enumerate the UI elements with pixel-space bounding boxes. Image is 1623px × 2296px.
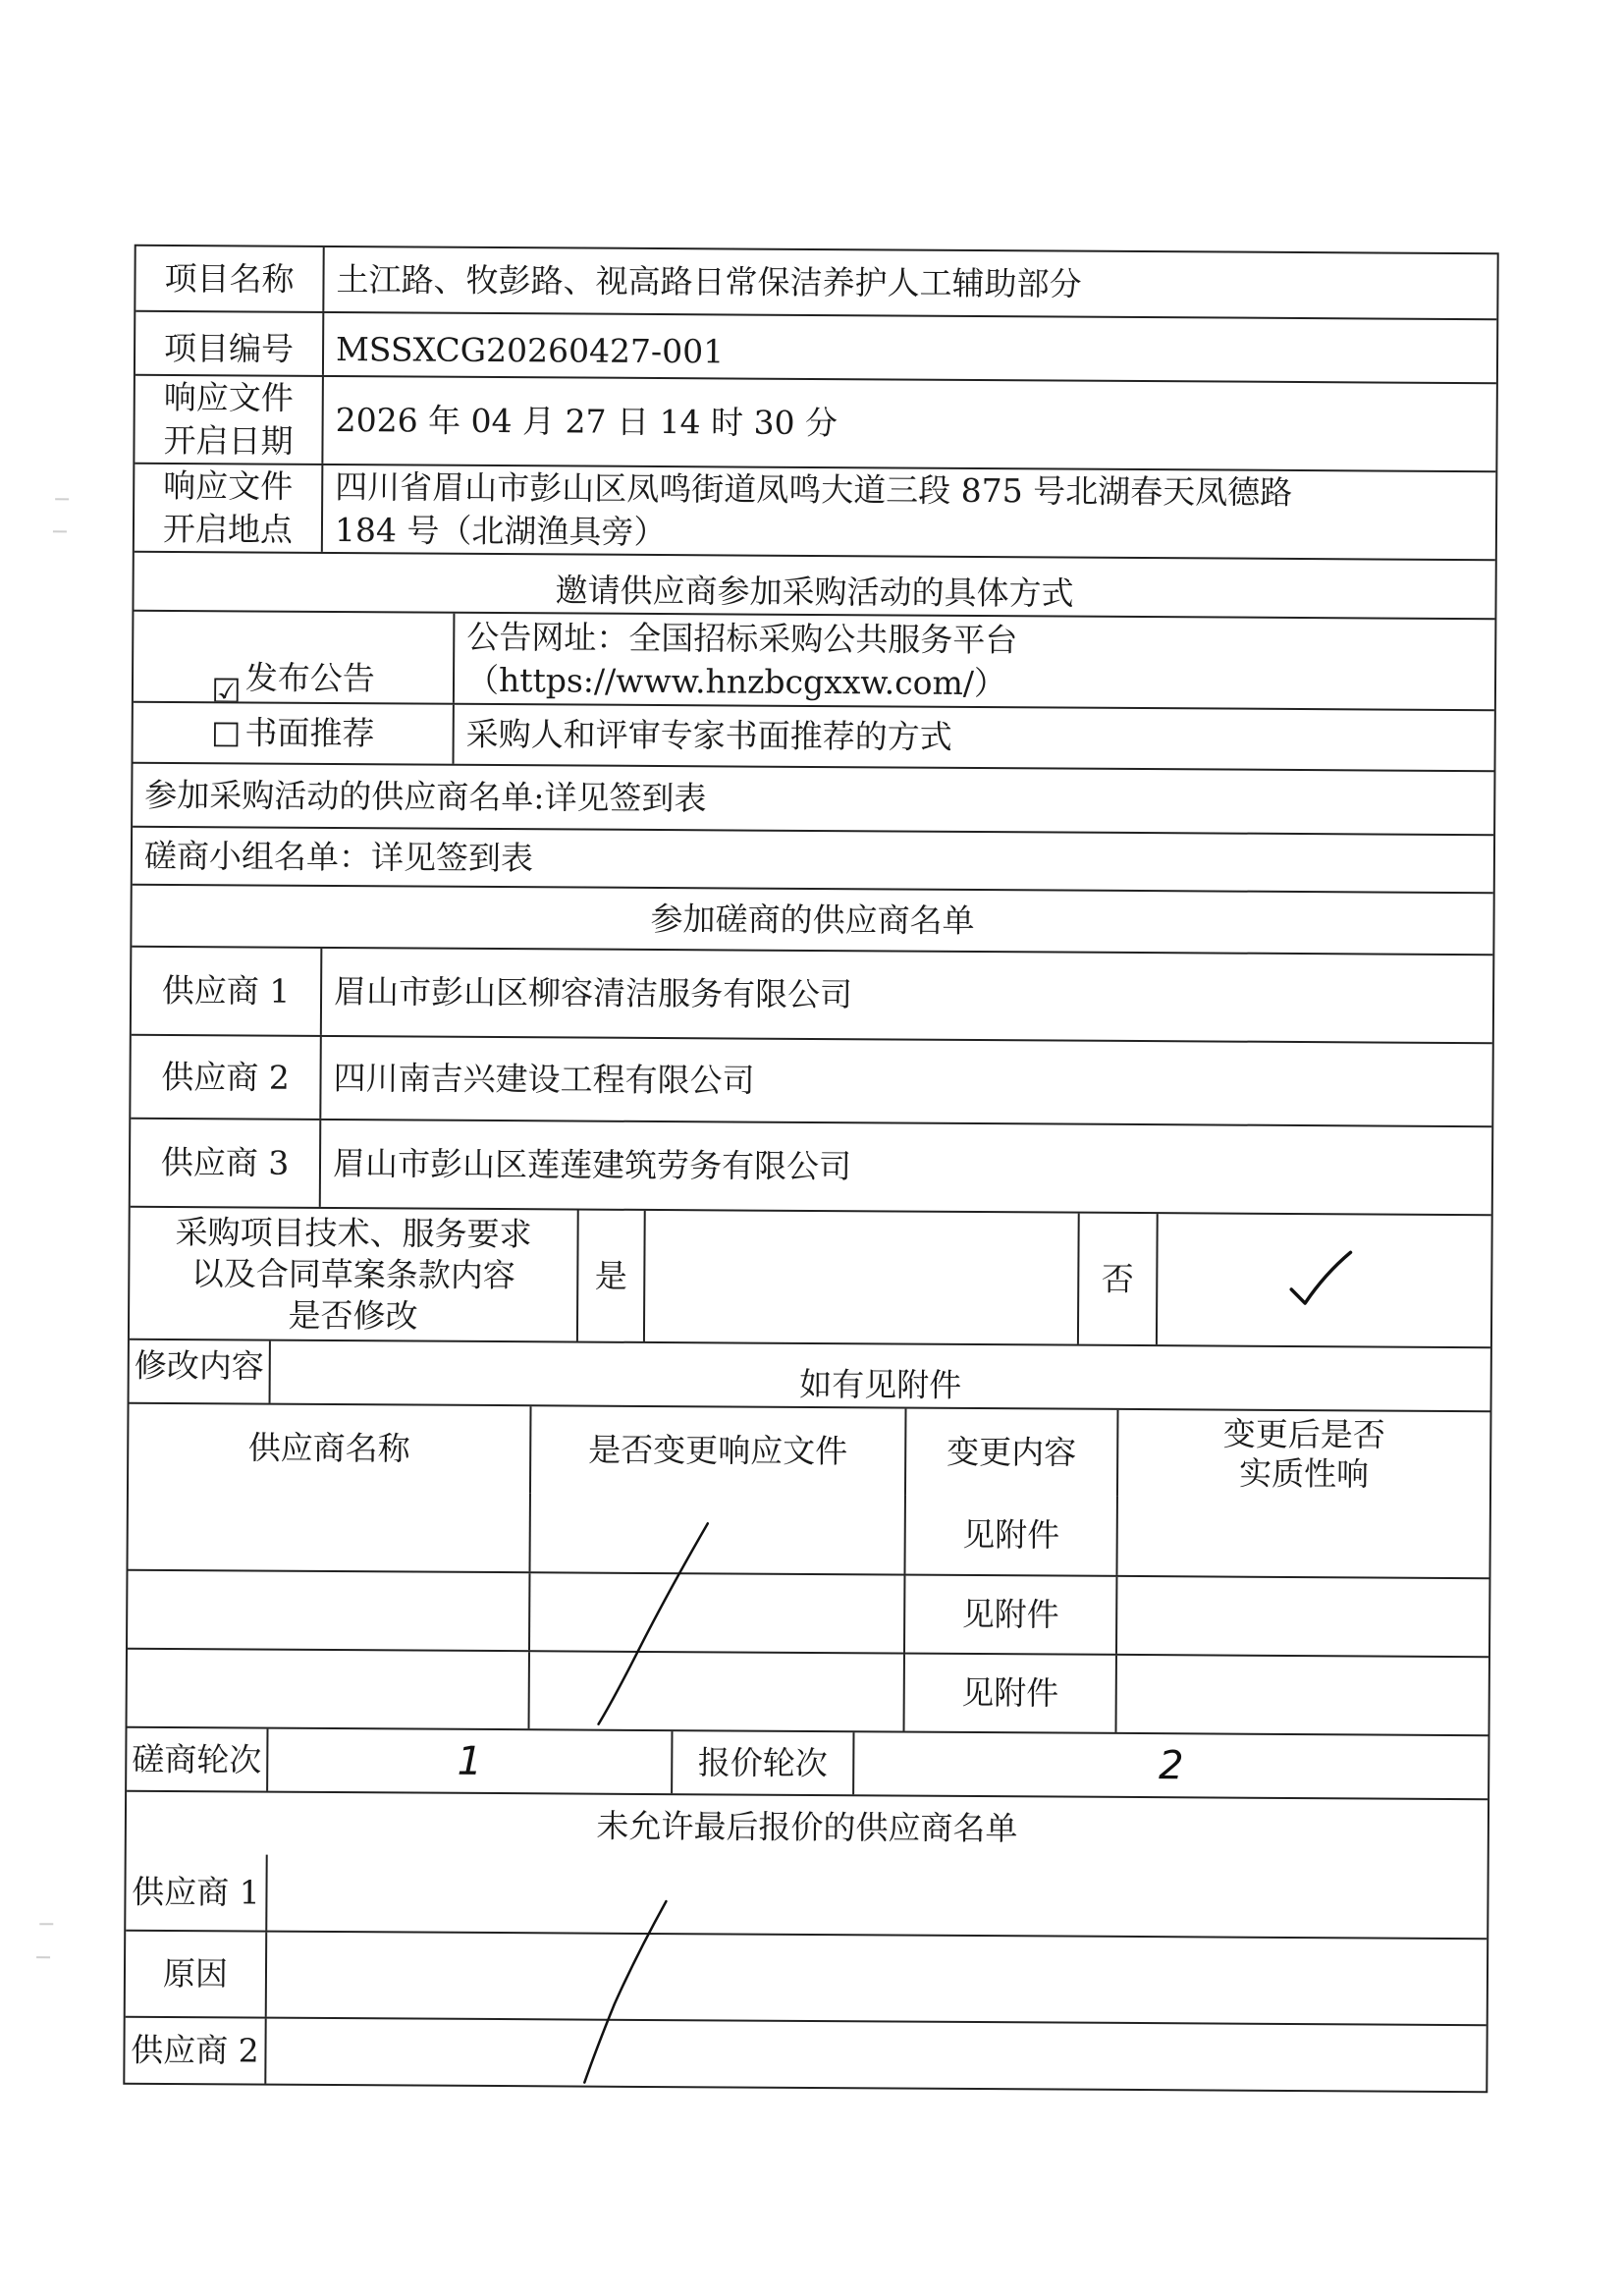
project-name-label: 项目名称: [135, 246, 322, 311]
changes-row: 见附件: [128, 1569, 1488, 1656]
modification-question-line3: 是否修改: [288, 1294, 417, 1337]
negotiation-rounds-label: 磋商轮次: [127, 1728, 266, 1791]
announce-checkbox-checked-icon[interactable]: ☑: [211, 681, 242, 702]
written-label: 书面推荐: [244, 711, 374, 755]
announce-label: 发布公告: [245, 656, 375, 700]
negotiation-supplier-row: 供应商 2 四川南吉兴建设工程有限公司: [131, 1034, 1491, 1125]
row-open-date: 响应文件 开启日期 2026 年 04 月 27 日 14 时 30 分: [135, 374, 1496, 470]
written-checkbox-unchecked-icon[interactable]: ☐: [211, 725, 242, 746]
written-value: 采购人和评审专家书面推荐的方式: [453, 705, 1494, 770]
changes-substantive-cell[interactable]: [1115, 1656, 1488, 1734]
row-invite-header: 邀请供应商参加采购活动的具体方式: [134, 551, 1494, 618]
changes-body: 见附件 见附件 见附件: [128, 1491, 1489, 1734]
row-modification-content: 修改内容 如有见附件: [130, 1339, 1490, 1410]
quote-rounds-value[interactable]: 2: [852, 1732, 1488, 1798]
announce-site-url[interactable]: （https://www.hnzbcgxxw.com/）: [466, 658, 1006, 704]
not-allowed-row: 供应商 2: [125, 2016, 1486, 2091]
written-option[interactable]: ☐ 书面推荐: [134, 703, 453, 764]
row-project-code: 项目编号 MSSXCG20260427-001: [135, 310, 1496, 382]
row-open-place: 响应文件 开启地点 四川省眉山市彭山区凤鸣街道凤鸣大道三段 875 号北湖春天凤…: [135, 463, 1496, 559]
scan-speck: [53, 530, 67, 532]
negotiation-supplier-row: 供应商 1 眉山市彭山区柳容清洁服务有限公司: [132, 946, 1493, 1042]
row-changes-header: 供应商名称 是否变更响应文件 变更内容 变更后是否 实质性响: [129, 1402, 1490, 1499]
group-list-note: 磋商小组名单：详见签到表: [133, 828, 1493, 892]
supplier-name: 眉山市彭山区莲莲建筑劳务有限公司: [319, 1121, 1492, 1214]
open-date-label: 响应文件 开启日期: [135, 376, 322, 464]
modification-content-value: 如有见附件: [269, 1341, 1490, 1411]
not-allowed-row: 原因: [126, 1930, 1488, 2024]
open-place-line1: 四川省眉山市彭山区凤鸣街道凤鸣大道三段 875 号北湖春天凤德路: [335, 465, 1292, 515]
open-place-value: 四川省眉山市彭山区凤鸣街道凤鸣大道三段 875 号北湖春天凤德路 184 号（北…: [321, 465, 1496, 559]
open-place-label-line1: 响应文件: [163, 465, 293, 509]
changes-changed-cell[interactable]: [528, 1573, 903, 1652]
not-allowed-value[interactable]: [265, 1855, 1487, 1939]
row-rounds: 磋商轮次 1 报价轮次 2: [127, 1726, 1488, 1798]
modification-yes-mark[interactable]: [643, 1211, 1078, 1344]
open-place-label: 响应文件 开启地点: [135, 465, 322, 552]
changes-header-substantive-line1: 变更后是否: [1223, 1415, 1385, 1455]
open-date-value: 2026 年 04 月 27 日 14 时 30 分: [321, 377, 1496, 470]
not-allowed-value[interactable]: [265, 1933, 1488, 2025]
supplier-name: 眉山市彭山区柳容清洁服务有限公司: [320, 949, 1493, 1042]
changes-row: 见附件: [128, 1491, 1488, 1577]
changes-content-cell: 见附件: [903, 1496, 1115, 1575]
row-modification-question: 采购项目技术、服务要求 以及合同草案条款内容 是否修改 是 否: [130, 1206, 1491, 1346]
modification-question-line2: 以及合同草案条款内容: [191, 1253, 515, 1296]
not-allowed-value[interactable]: [264, 2019, 1486, 2092]
changes-header-substantive-line2: 实质性响: [1239, 1454, 1369, 1495]
supplier-label: 供应商 3: [131, 1120, 320, 1207]
changes-header-supplier: 供应商名称: [129, 1404, 530, 1493]
row-invite-announce: ☑ 发布公告 公告网址：全国招标采购公共服务平台 （https://www.hn…: [134, 610, 1495, 709]
changes-header-substantive: 变更后是否 实质性响: [1116, 1410, 1490, 1499]
scan-speck: [55, 498, 69, 500]
scan-speck: [36, 1956, 50, 1958]
supplier-label: 供应商 1: [132, 948, 321, 1035]
changes-content-cell: 见附件: [903, 1655, 1115, 1732]
changes-substantive-cell[interactable]: [1115, 1577, 1488, 1656]
changes-row: 见附件: [128, 1648, 1488, 1734]
row-project-name: 项目名称 土江路、牧彭路、视高路日常保洁养护人工辅助部分: [135, 246, 1496, 318]
changes-header-changed: 是否变更响应文件: [529, 1406, 905, 1495]
modification-no-mark[interactable]: [1156, 1214, 1491, 1346]
changes-changed-cell[interactable]: [528, 1493, 903, 1573]
supplier-label: 供应商 2: [131, 1036, 320, 1119]
not-allowed-row: 供应商 1: [126, 1854, 1487, 1938]
not-allowed-body: 供应商 1 原因 供应商 2: [125, 1854, 1487, 2091]
scan-speck: [39, 1923, 53, 1925]
open-date-label-line2: 开启日期: [163, 419, 293, 464]
changes-supplier-cell[interactable]: [128, 1571, 528, 1650]
changes-supplier-cell[interactable]: [128, 1650, 528, 1728]
invite-header: 邀请供应商参加采购活动的具体方式: [134, 553, 1494, 618]
supplier-list-note: 参加采购活动的供应商名单:详见签到表: [133, 764, 1493, 834]
modification-yes-label: 是: [576, 1211, 644, 1341]
open-date-label-line1: 响应文件: [164, 376, 294, 420]
announce-option[interactable]: ☑ 发布公告: [134, 612, 454, 703]
not-allowed-label: 原因: [126, 1932, 266, 2017]
not-allowed-header: 未允许最后报价的供应商名单: [127, 1792, 1488, 1862]
not-allowed-label: 供应商 2: [125, 2018, 264, 2084]
changes-header-content: 变更内容: [904, 1409, 1117, 1497]
negotiation-suppliers-header: 参加磋商的供应商名单: [132, 886, 1492, 954]
open-place-line2: 184 号（北湖渔具旁）: [335, 509, 667, 554]
procurement-record-form: 项目名称 土江路、牧彭路、视高路日常保洁养护人工辅助部分 项目编号 MSSXCG…: [123, 245, 1498, 2093]
row-supplier-list: 参加采购活动的供应商名单:详见签到表: [133, 762, 1493, 834]
open-place-label-line2: 开启地点: [163, 508, 293, 552]
project-name-value: 土江路、牧彭路、视高路日常保洁养护人工辅助部分: [322, 247, 1496, 318]
negotiation-supplier-row: 供应商 3 眉山市彭山区莲莲建筑劳务有限公司: [131, 1118, 1492, 1214]
project-code-value: MSSXCG20260427-001: [322, 313, 1496, 382]
row-not-allowed-header: 未允许最后报价的供应商名单: [127, 1790, 1488, 1862]
negotiation-rounds-value[interactable]: 1: [266, 1729, 671, 1794]
modification-question-line1: 采购项目技术、服务要求: [175, 1212, 531, 1255]
announce-value: 公告网址：全国招标采购公共服务平台 （https://www.hnzbcgxxw…: [453, 614, 1495, 709]
scanned-page: 项目名称 土江路、牧彭路、视高路日常保洁养护人工辅助部分 项目编号 MSSXCG…: [0, 0, 1623, 2296]
changes-substantive-cell[interactable]: [1115, 1497, 1488, 1577]
announce-site-name: 公告网址：全国招标采购公共服务平台: [466, 615, 1017, 661]
modification-no-label: 否: [1077, 1214, 1157, 1344]
row-group-list: 磋商小组名单：详见签到表: [133, 826, 1493, 892]
supplier-name: 四川南吉兴建设工程有限公司: [319, 1037, 1491, 1125]
changes-content-cell: 见附件: [903, 1576, 1115, 1654]
not-allowed-label: 供应商 1: [126, 1854, 265, 1931]
row-negotiation-header: 参加磋商的供应商名单: [132, 884, 1492, 954]
quote-rounds-label: 报价轮次: [671, 1731, 852, 1794]
modification-question: 采购项目技术、服务要求 以及合同草案条款内容 是否修改: [130, 1208, 577, 1341]
row-invite-written: ☐ 书面推荐 采购人和评审专家书面推荐的方式: [134, 701, 1494, 770]
handwritten-checkmark-icon: [1285, 1245, 1364, 1314]
project-code-label: 项目编号: [135, 312, 322, 375]
changes-changed-cell[interactable]: [528, 1652, 903, 1730]
changes-supplier-cell[interactable]: [128, 1491, 528, 1571]
modification-content-label: 修改内容: [130, 1340, 269, 1403]
